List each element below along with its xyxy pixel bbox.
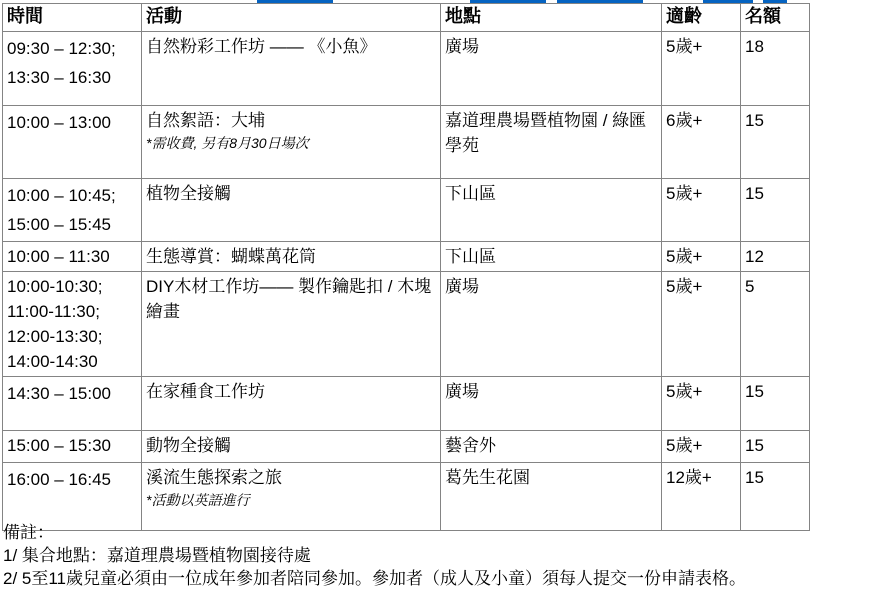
location-cell: 廣場 xyxy=(441,32,662,106)
quota-cell: 15 xyxy=(741,106,810,179)
activity-cell: 自然粉彩工作坊 —— 《小魚》 xyxy=(142,32,441,106)
time-line: 14:00-14:30 xyxy=(7,349,138,374)
age-cell: 5歲+ xyxy=(662,431,741,463)
activity-cell: 生態導賞：蝴蝶萬花筒 xyxy=(142,242,441,272)
time-cell: 15:00 – 15:30 xyxy=(3,431,142,463)
age-cell: 5歲+ xyxy=(662,377,741,431)
time-line: 10:00 – 10:45; xyxy=(7,181,138,210)
time-cell: 10:00 – 10:45; 15:00 – 15:45 xyxy=(3,179,142,242)
activity-title: 溪流生態探索之旅 xyxy=(146,465,437,490)
time-line: 16:00 – 16:45 xyxy=(7,465,138,494)
age-cell: 5歲+ xyxy=(662,242,741,272)
page: 時間 活動 地點 適齡 名額 09:30 – 12:30; 13:30 – 16… xyxy=(0,0,880,597)
quota-cell: 15 xyxy=(741,431,810,463)
header-activity: 活動 xyxy=(142,4,441,32)
header-location: 地點 xyxy=(441,4,662,32)
header-time: 時間 xyxy=(3,4,142,32)
notes-title: 備註： xyxy=(3,521,879,544)
location-cell: 下山區 xyxy=(441,242,662,272)
time-line: 10:00 – 11:30 xyxy=(7,244,138,269)
location-cell: 嘉道理農場暨植物園 / 綠匯學苑 xyxy=(441,106,662,179)
activity-title: 在家種食工作坊 xyxy=(146,379,437,404)
time-line: 15:00 – 15:30 xyxy=(7,433,138,458)
time-cell: 10:00 – 11:30 xyxy=(3,242,142,272)
time-line: 15:00 – 15:45 xyxy=(7,210,138,239)
activity-title: 植物全接觸 xyxy=(146,181,437,206)
activity-title: DIY木材工作坊—— 製作鑰匙扣 / 木塊繪畫 xyxy=(146,274,437,324)
table-header-row: 時間 活動 地點 適齡 名額 xyxy=(3,4,810,32)
time-line: 10:00 – 13:00 xyxy=(7,108,138,137)
quota-cell: 18 xyxy=(741,32,810,106)
time-cell: 14:30 – 15:00 xyxy=(3,377,142,431)
header-quota: 名額 xyxy=(741,4,810,32)
table-row: 15:00 – 15:30 動物全接觸 藝舍外 5歲+ 15 xyxy=(3,431,810,463)
activity-title: 生態導賞：蝴蝶萬花筒 xyxy=(146,244,437,269)
table-row: 10:00 – 13:00 自然絮語：大埔 *需收費, 另有8月30日場次 嘉道… xyxy=(3,106,810,179)
activity-note: *需收費, 另有8月30日場次 xyxy=(146,133,437,153)
time-cell: 10:00 – 13:00 xyxy=(3,106,142,179)
age-cell: 5歲+ xyxy=(662,272,741,377)
activity-title: 自然絮語：大埔 xyxy=(146,108,437,133)
notes-section: 備註： 1/ 集合地點：嘉道理農場暨植物園接待處 2/ 5至11歲兒童必須由一位… xyxy=(3,521,879,590)
age-cell: 5歲+ xyxy=(662,179,741,242)
time-line: 09:30 – 12:30; xyxy=(7,34,138,63)
location-cell: 廣場 xyxy=(441,272,662,377)
activity-note: *活動以英語進行 xyxy=(146,490,437,510)
table-row: 10:00 – 11:30 生態導賞：蝴蝶萬花筒 下山區 5歲+ 12 xyxy=(3,242,810,272)
table-row: 10:00 – 10:45; 15:00 – 15:45 植物全接觸 下山區 5… xyxy=(3,179,810,242)
note-line-1: 1/ 集合地點：嘉道理農場暨植物園接待處 xyxy=(3,544,879,567)
quota-cell: 5 xyxy=(741,272,810,377)
quota-cell: 15 xyxy=(741,179,810,242)
time-line: 14:30 – 15:00 xyxy=(7,379,138,408)
quota-cell: 15 xyxy=(741,377,810,431)
activity-cell: DIY木材工作坊—— 製作鑰匙扣 / 木塊繪畫 xyxy=(142,272,441,377)
activity-title: 自然粉彩工作坊 —— 《小魚》 xyxy=(146,34,437,59)
quota-cell: 12 xyxy=(741,242,810,272)
activity-cell: 植物全接觸 xyxy=(142,179,441,242)
time-line: 12:00-13:30; xyxy=(7,324,138,349)
activity-cell: 在家種食工作坊 xyxy=(142,377,441,431)
note-line-2: 2/ 5至11歲兒童必須由一位成年參加者陪同參加。參加者（成人及小童）須每人提交… xyxy=(3,567,879,590)
table-row: 14:30 – 15:00 在家種食工作坊 廣場 5歲+ 15 xyxy=(3,377,810,431)
time-line: 11:00-11:30; xyxy=(7,299,138,324)
time-cell: 09:30 – 12:30; 13:30 – 16:30 xyxy=(3,32,142,106)
location-cell: 藝舍外 xyxy=(441,431,662,463)
age-cell: 6歲+ xyxy=(662,106,741,179)
location-cell: 下山區 xyxy=(441,179,662,242)
time-line: 13:30 – 16:30 xyxy=(7,63,138,92)
header-age: 適齡 xyxy=(662,4,741,32)
activity-title: 動物全接觸 xyxy=(146,433,437,458)
activity-schedule-table: 時間 活動 地點 適齡 名額 09:30 – 12:30; 13:30 – 16… xyxy=(2,3,810,531)
age-cell: 5歲+ xyxy=(662,32,741,106)
table-row: 09:30 – 12:30; 13:30 – 16:30 自然粉彩工作坊 —— … xyxy=(3,32,810,106)
time-line: 10:00-10:30; xyxy=(7,274,138,299)
table-row: 10:00-10:30; 11:00-11:30; 12:00-13:30; 1… xyxy=(3,272,810,377)
activity-cell: 自然絮語：大埔 *需收費, 另有8月30日場次 xyxy=(142,106,441,179)
location-cell: 廣場 xyxy=(441,377,662,431)
activity-cell: 動物全接觸 xyxy=(142,431,441,463)
time-cell: 10:00-10:30; 11:00-11:30; 12:00-13:30; 1… xyxy=(3,272,142,377)
